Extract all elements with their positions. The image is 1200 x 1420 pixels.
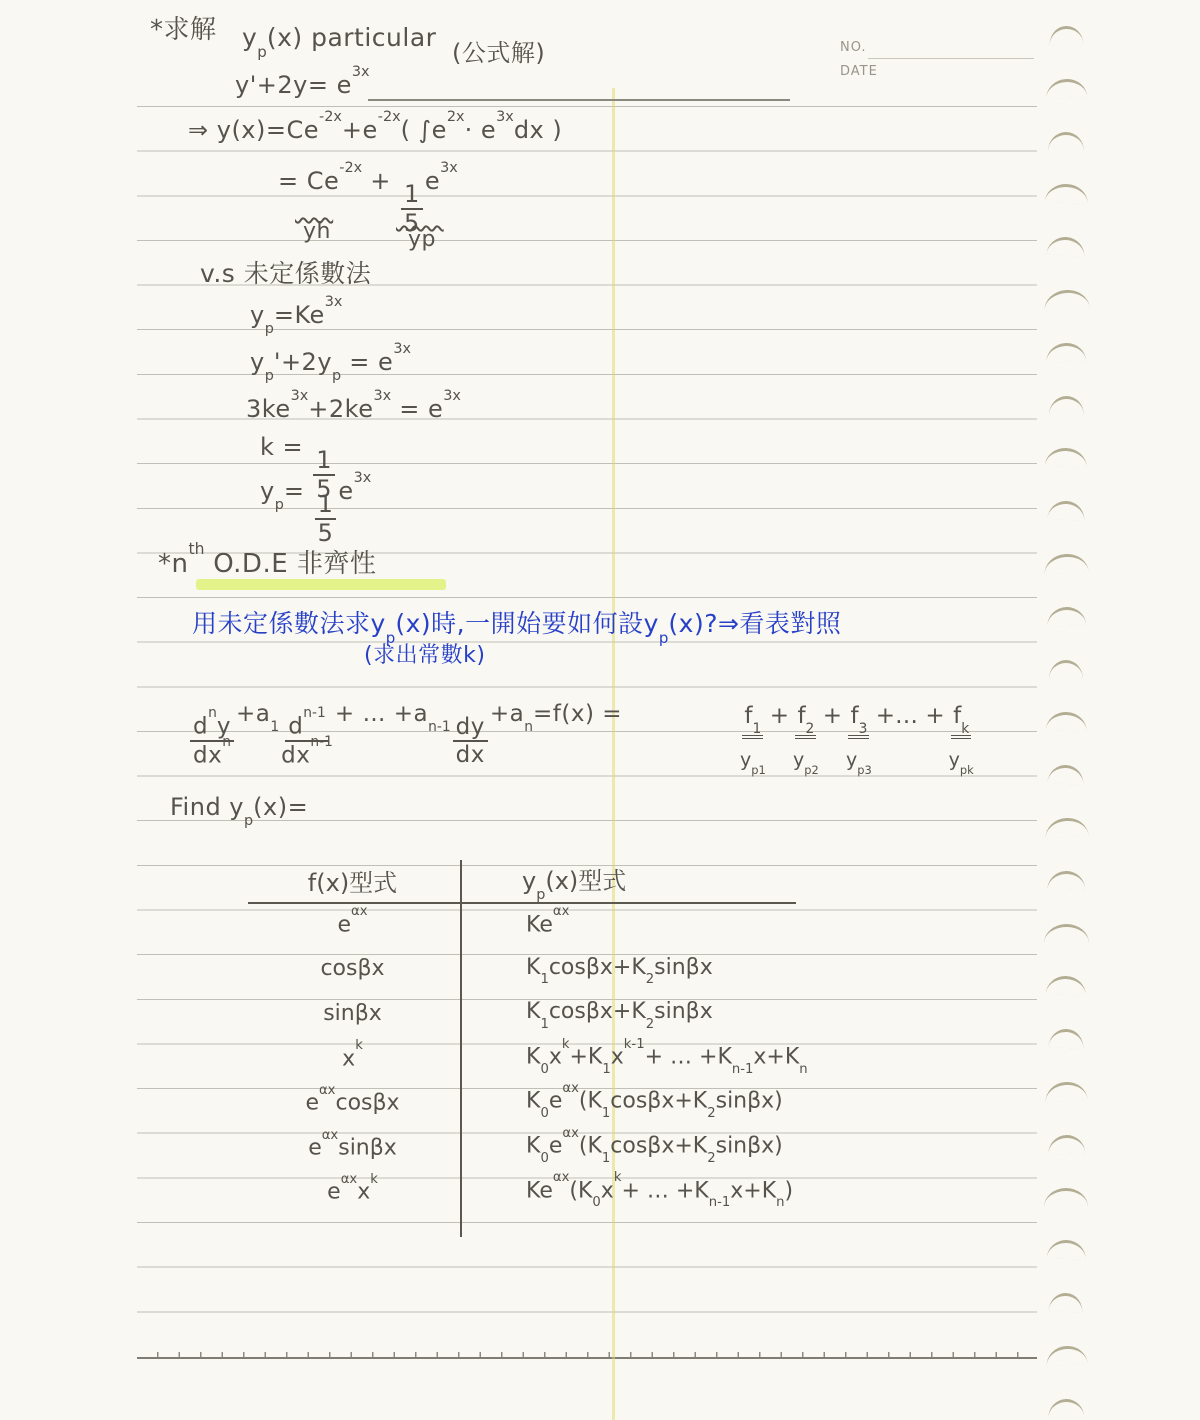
binding-arc [1044, 184, 1088, 204]
f-term-label: ypk [949, 749, 974, 774]
binding-arc [1048, 132, 1084, 151]
f-term-separator: +… + [876, 703, 945, 729]
eq-substitute: yp'+2yp = e3x [250, 347, 411, 381]
table-cell-yp: Keαx [460, 912, 569, 937]
table-row: eαxcosβxK0eαx(K1cosβx+K2sinβx) [245, 1081, 965, 1126]
f-term-column: fkypk [949, 703, 974, 773]
binding-arc [1045, 448, 1088, 468]
date-label: DATE [840, 64, 878, 79]
eq-nth-order: dnydxn+a1dn-1dxn-1+ … +an-1dydx+an=f(x) … [188, 700, 622, 768]
section1-paren-note: (公式解) [452, 38, 545, 68]
no-label: NO. [840, 40, 867, 55]
yp-form-table: f(x)型式 yp(x)型式 eαxKeαxcosβxK1cosβx+K2sin… [245, 858, 965, 1214]
eq-split-equals: = [278, 167, 299, 195]
blue-note: 用未定係數法求yp(x)時,一開始要如何設yp(x)?⇒看表對照 [192, 608, 841, 643]
table-row: eαxxkKeαx(K0xk+ … +Kn-1x+Kn) [245, 1170, 965, 1215]
binding-arc [1043, 288, 1089, 310]
table-column-divider [460, 860, 462, 1237]
table-cell-yp: K1cosβx+K2sinβx [460, 955, 713, 983]
f-term-separator: + [823, 703, 842, 729]
binding-arc [1046, 342, 1087, 362]
table-cell-yp: K0eαx(K1cosβx+K2sinβx) [460, 1088, 783, 1117]
binding-arc [1048, 1398, 1085, 1418]
eq-assume: yp=Ke3x [250, 300, 342, 334]
no-field-line [868, 58, 1034, 59]
f-term-column: f2yp2 [793, 703, 819, 773]
binding-arc [1048, 1292, 1083, 1313]
table-header-fx: f(x)型式 [245, 863, 460, 898]
eq-result: yp= 15e3x [260, 476, 371, 547]
eq-general-solution: ⇒ y(x)=Ce-2x+e-2x( ∫e2x· e3xdx ) [188, 115, 562, 145]
f-term-column: f1yp1 [740, 703, 766, 773]
binding-arc [1045, 712, 1087, 732]
binding-arc [1044, 817, 1088, 839]
binding-arc [1044, 1081, 1087, 1103]
binding-arc [1045, 1345, 1087, 1367]
binding-arc [1043, 552, 1088, 574]
nth-heading: *nth O.D.E 非齊性 [158, 548, 376, 581]
table-header-underline [248, 902, 796, 904]
section1-title: yp(x) particular [242, 22, 436, 57]
binding-arc [1048, 25, 1083, 46]
eq-ode-underline [368, 99, 790, 101]
f-term: f2 [795, 703, 816, 739]
eq-yp-part: 15e3x [399, 167, 458, 195]
binding-arc [1049, 396, 1084, 415]
table-cell-fx: sinβx [245, 1001, 460, 1026]
eq-ode: y'+2y= e3x [235, 70, 370, 100]
f-decomposition: f1yp1+f2yp2+f3yp3+… +fkypk [740, 703, 974, 773]
binding-arc [1045, 78, 1087, 98]
eq-yh-part: Ce-2x [307, 167, 362, 195]
label-yp: yp [408, 226, 436, 254]
table-cell-yp: K0eαx(K1cosβx+K2sinβx) [460, 1133, 783, 1162]
table-row: eαxKeαx [245, 902, 965, 947]
table-header-yp: yp(x)型式 [460, 861, 626, 899]
table-row: eαxsinβxK0eαx(K1cosβx+K2sinβx) [245, 1125, 965, 1170]
f-term-label: yp1 [740, 749, 766, 774]
table-cell-fx: eαxcosβx [245, 1090, 460, 1115]
binding-arc [1049, 660, 1083, 679]
blue-note-sub: (求出常數k) [364, 642, 485, 670]
table-cell-fx: xk [245, 1046, 460, 1071]
binding-arc [1047, 764, 1084, 785]
f-term-label: yp2 [793, 749, 819, 774]
vs-heading: v.s 未定係數法 [200, 258, 371, 289]
binding-arc [1048, 1028, 1084, 1049]
table-row: sinβxK1cosβx+K2sinβx [245, 991, 965, 1036]
wavy-underline-yh [295, 200, 333, 218]
find-yp-label: Find yp(x)= [170, 792, 308, 826]
binding-arc [1046, 236, 1085, 258]
table-cell-fx: cosβx [245, 956, 460, 981]
binding-arc [1046, 976, 1087, 996]
table-cell-yp: Keαx(K0xk+ … +Kn-1x+Kn) [460, 1178, 793, 1207]
f-term: f3 [848, 703, 869, 739]
table-cell-fx: eαxxk [245, 1179, 460, 1204]
f-term-label: yp3 [846, 749, 872, 774]
table-body: eαxKeαxcosβxK1cosβx+K2sinβxsinβxK1cosβx+… [245, 902, 965, 1214]
table-cell-fx: eαxsinβx [245, 1135, 460, 1160]
section1-star-heading: *求解 [150, 14, 217, 47]
binding-arc [1047, 870, 1086, 890]
binding-arc [1047, 1134, 1085, 1154]
highlight-bar [196, 579, 446, 590]
table-cell-yp: K0xk+K1xk-1+ … +Kn-1x+Kn [460, 1044, 808, 1073]
notebook-page: { "corner": { "no_label": "NO.", "date_l… [0, 0, 1200, 1420]
binding-arc [1046, 1240, 1086, 1260]
table-row: xkK0xk+K1xk-1+ … +Kn-1x+Kn [245, 1036, 965, 1081]
f-term-separator: + [770, 703, 789, 729]
binding-arc [1046, 606, 1086, 626]
f-term-column: f3yp3 [846, 703, 872, 773]
binding-arc [1047, 500, 1085, 522]
binding-arc [1044, 924, 1089, 943]
wavy-underline-yp [396, 208, 444, 226]
table-header-row: f(x)型式 yp(x)型式 [245, 858, 965, 902]
f-term: fk [951, 703, 971, 739]
eq-split-plus: + [370, 167, 391, 195]
table-row: cosβxK1cosβx+K2sinβx [245, 947, 965, 992]
table-cell-yp: K1cosβx+K2sinβx [460, 999, 713, 1027]
label-yh: yh [303, 218, 331, 246]
binding-arc [1044, 1188, 1088, 1207]
table-cell-fx: eαx [245, 912, 460, 937]
bottom-margin-line [137, 1352, 1037, 1359]
f-term: f1 [742, 703, 763, 739]
eq-expand: 3ke3x+2ke3x = e3x [246, 394, 461, 424]
